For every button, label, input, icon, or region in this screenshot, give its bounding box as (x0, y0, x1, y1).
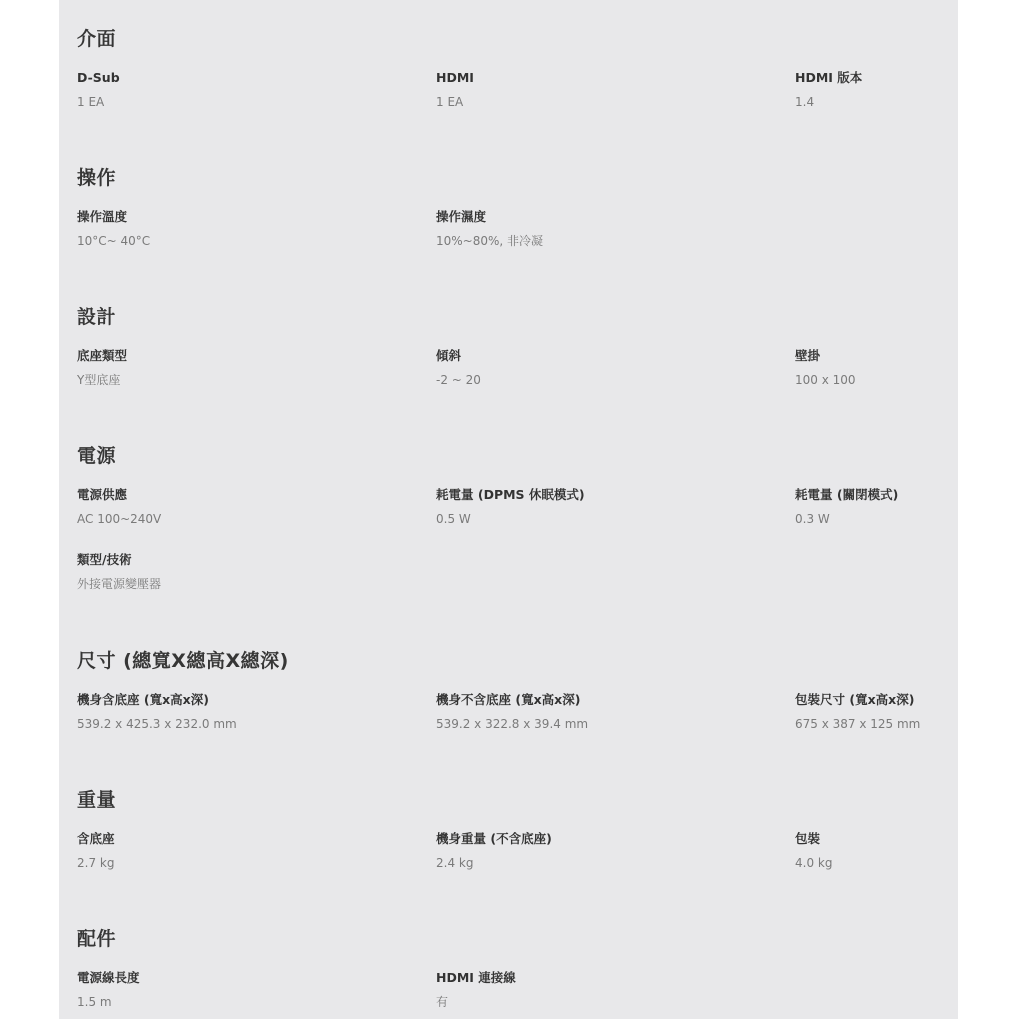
spec-value: 1 EA (436, 94, 474, 110)
spec-value: 675 x 387 x 125 mm (795, 716, 920, 732)
spec-value: 1.5 m (77, 994, 140, 1010)
spec-item: 耗電量 (DPMS 休眠模式) 0.5 W (436, 487, 585, 527)
spec-value: 0.5 W (436, 511, 585, 527)
spec-item: 含底座 2.7 kg (77, 831, 115, 871)
spec-label: 電源供應 (77, 487, 161, 503)
spec-item: HDMI 1 EA (436, 70, 474, 110)
spec-label: 壁掛 (795, 348, 856, 364)
spec-value: 2.7 kg (77, 855, 115, 871)
spec-value: 有 (436, 994, 516, 1010)
spec-item: 類型/技術 外接電源變壓器 (77, 552, 161, 592)
spec-value: 0.3 W (795, 511, 898, 527)
spec-item: 包裝 4.0 kg (795, 831, 832, 871)
spec-label: 傾斜 (436, 348, 481, 364)
spec-label: 底座類型 (77, 348, 127, 364)
spec-item: D-Sub 1 EA (77, 70, 120, 110)
spec-label: 包裝 (795, 831, 832, 847)
spec-label: 電源線長度 (77, 970, 140, 986)
spec-value: Y型底座 (77, 372, 127, 388)
spec-item: 耗電量 (關閉模式) 0.3 W (795, 487, 898, 527)
spec-label: HDMI 連接線 (436, 970, 516, 986)
spec-value: 1 EA (77, 94, 120, 110)
spec-value: 4.0 kg (795, 855, 832, 871)
section-title: 操作 (77, 163, 116, 190)
section-title: 重量 (77, 785, 116, 812)
spec-item: 機身不含底座 (寬x高x深) 539.2 x 322.8 x 39.4 mm (436, 692, 588, 732)
spec-label: 包裝尺寸 (寬x高x深) (795, 692, 920, 708)
spec-item: 壁掛 100 x 100 (795, 348, 856, 388)
spec-panel: 介面 D-Sub 1 EA HDMI 1 EA HDMI 版本 1.4 操作 操… (59, 0, 958, 1019)
spec-item: 傾斜 -2 ~ 20 (436, 348, 481, 388)
spec-label: 操作濕度 (436, 209, 543, 225)
spec-label: HDMI 版本 (795, 70, 862, 86)
spec-value: 2.4 kg (436, 855, 552, 871)
spec-label: 機身含底座 (寬x高x深) (77, 692, 237, 708)
spec-item: 操作溫度 10°C~ 40°C (77, 209, 150, 249)
spec-label: 耗電量 (關閉模式) (795, 487, 898, 503)
spec-value: 100 x 100 (795, 372, 856, 388)
spec-value: 1.4 (795, 94, 862, 110)
spec-item: HDMI 連接線 有 (436, 970, 516, 1010)
spec-item: 電源供應 AC 100~240V (77, 487, 161, 527)
spec-item: 包裝尺寸 (寬x高x深) 675 x 387 x 125 mm (795, 692, 920, 732)
spec-item: 電源線長度 1.5 m (77, 970, 140, 1010)
spec-item: HDMI 版本 1.4 (795, 70, 862, 110)
spec-value: 10%~80%, 非冷凝 (436, 233, 543, 249)
spec-label: D-Sub (77, 70, 120, 86)
spec-label: 操作溫度 (77, 209, 150, 225)
spec-value: 10°C~ 40°C (77, 233, 150, 249)
spec-label: 耗電量 (DPMS 休眠模式) (436, 487, 585, 503)
spec-label: 機身不含底座 (寬x高x深) (436, 692, 588, 708)
section-title: 電源 (77, 441, 116, 468)
spec-value: 539.2 x 322.8 x 39.4 mm (436, 716, 588, 732)
spec-item: 操作濕度 10%~80%, 非冷凝 (436, 209, 543, 249)
spec-value: 539.2 x 425.3 x 232.0 mm (77, 716, 237, 732)
spec-label: 機身重量 (不含底座) (436, 831, 552, 847)
section-title: 介面 (77, 24, 116, 51)
spec-value: AC 100~240V (77, 511, 161, 527)
spec-label: 含底座 (77, 831, 115, 847)
section-title: 尺寸 (總寬X總高X總深) (77, 646, 289, 673)
spec-value: 外接電源變壓器 (77, 576, 161, 592)
spec-value: -2 ~ 20 (436, 372, 481, 388)
section-title: 配件 (77, 924, 116, 951)
spec-label: HDMI (436, 70, 474, 86)
spec-label: 類型/技術 (77, 552, 161, 568)
spec-item: 機身含底座 (寬x高x深) 539.2 x 425.3 x 232.0 mm (77, 692, 237, 732)
spec-item: 底座類型 Y型底座 (77, 348, 127, 388)
section-title: 設計 (77, 302, 116, 329)
spec-item: 機身重量 (不含底座) 2.4 kg (436, 831, 552, 871)
